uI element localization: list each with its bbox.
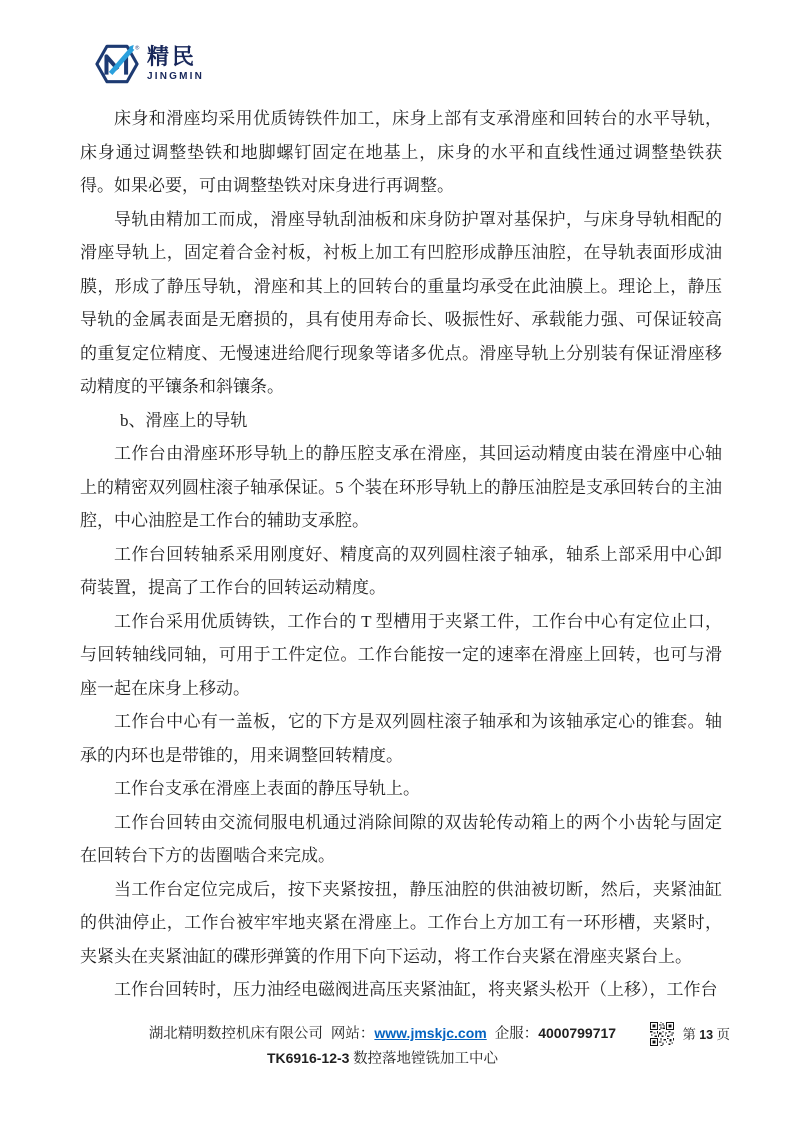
- paragraph-servo-motor: 工作台回转由交流伺服电机通过消除间隙的双齿轮传动箱上的两个小齿轮与固定在回转台下…: [80, 806, 722, 873]
- page-number-value: 13: [699, 1028, 713, 1042]
- page-number-suffix: 页: [717, 1027, 731, 1042]
- footer-service-label: 企服：: [495, 1026, 539, 1042]
- paragraph-cover-plate: 工作台中心有一盖板，它的下方是双列圆柱滚子轴承和为该轴承定心的锥套。轴承的内环也…: [80, 705, 722, 772]
- paragraph-worktable-cast-iron: 工作台采用优质铸铁，工作台的 T 型槽用于夹紧工件，工作台中心有定位止口，与回转…: [80, 605, 722, 706]
- logo-brand-chinese: 精民: [147, 46, 204, 68]
- logo-hexagon-m-icon: ®: [94, 42, 140, 86]
- paragraph-rotary-axis: 工作台回转轴系采用刚度好、精度高的双列圆柱滚子轴承，轴系上部采用中心卸荷装置，提…: [80, 538, 722, 605]
- footer-product-name: 数控落地镗铣加工中心: [353, 1051, 498, 1067]
- paragraph-rotation-unclamp: 工作台回转时，压力油经电磁阀进高压夹紧油缸，将夹紧头松开（上移），工作台: [80, 973, 722, 1007]
- document-page: ® 精民 JINGMIN 床身和滑座均采用优质铸铁件加工，床身上部有支承滑座和回…: [0, 0, 800, 1131]
- paragraph-worktable-support: 工作台由滑座环形导轨上的静压腔支承在滑座，其回运动精度由装在滑座中心轴上的精密双…: [80, 437, 722, 538]
- section-heading-slide-guideways: b、滑座上的导轨: [80, 404, 722, 438]
- footer-company-name: 湖北精明数控机床有限公司: [149, 1026, 323, 1042]
- footer-product-line: TK6916-12-3 数控落地镗铣加工中心: [80, 1047, 685, 1070]
- footer-company-line: 湖北精明数控机床有限公司网站：www.jmskjc.com企服：40007997…: [80, 1022, 685, 1045]
- footer-service-phone: 4000799717: [538, 1025, 616, 1041]
- logo-brand-english: JINGMIN: [147, 72, 204, 82]
- paragraph-bed-slide: 床身和滑座均采用优质铸铁件加工，床身上部有支承滑座和回转台的水平导轨，床身通过调…: [80, 102, 722, 203]
- footer-website-label: 网站：: [331, 1026, 375, 1042]
- logo-text: 精民 JINGMIN: [147, 46, 204, 82]
- footer-right-block: 第 13 页: [650, 1022, 730, 1046]
- paragraph-static-guideway: 工作台支承在滑座上表面的静压导轨上。: [80, 772, 722, 806]
- registered-mark: ®: [135, 45, 140, 52]
- footer-website-link[interactable]: www.jmskjc.com: [374, 1025, 486, 1041]
- footer-text-block: 湖北精明数控机床有限公司网站：www.jmskjc.com企服：40007997…: [80, 1022, 685, 1070]
- page-number-prefix: 第: [682, 1027, 696, 1042]
- document-body: 床身和滑座均采用优质铸铁件加工，床身上部有支承滑座和回转台的水平导轨，床身通过调…: [80, 102, 722, 1007]
- qr-code-icon: [650, 1022, 674, 1046]
- paragraph-clamping: 当工作台定位完成后，按下夹紧按扭，静压油腔的供油被切断，然后，夹紧油缸的供油停止…: [80, 873, 722, 974]
- paragraph-guideways: 导轨由精加工而成，滑座导轨刮油板和床身防护罩对基保护，与床身导轨相配的滑座导轨上…: [80, 203, 722, 404]
- page-number: 第 13 页: [682, 1027, 730, 1043]
- footer-product-model: TK6916-12-3: [267, 1050, 350, 1066]
- company-logo: ® 精民 JINGMIN: [94, 42, 204, 86]
